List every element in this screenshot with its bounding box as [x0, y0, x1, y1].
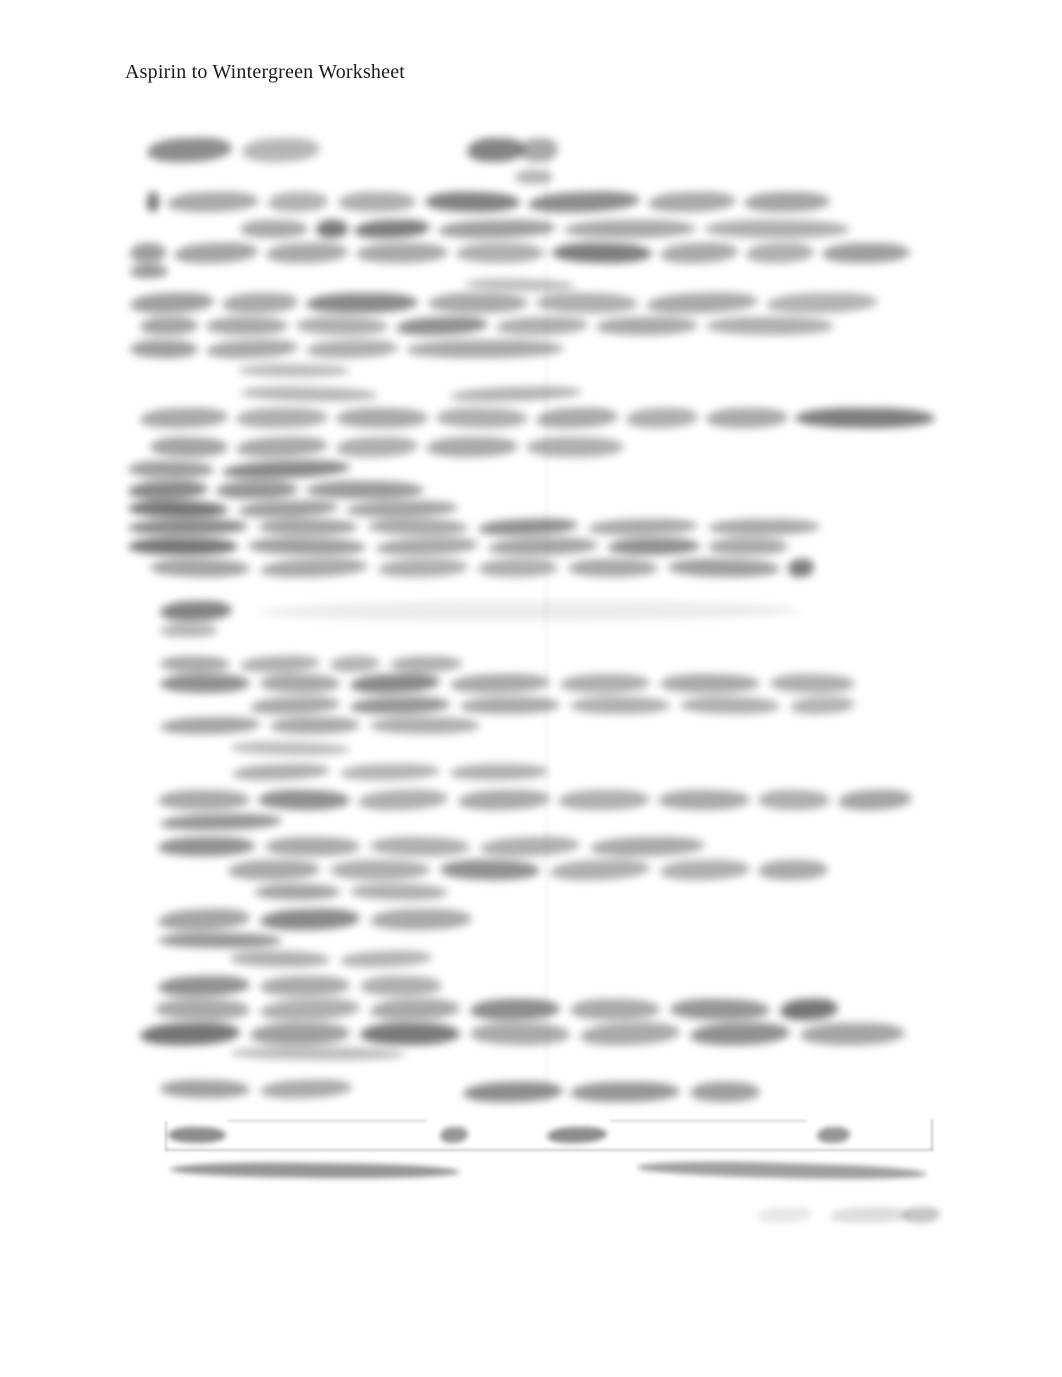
illegible-handwriting-blob: [790, 696, 855, 715]
illegible-handwriting-blob: [330, 656, 380, 673]
illegible-handwriting-blob: [590, 836, 705, 857]
illegible-handwriting-blob: [360, 1022, 460, 1045]
illegible-handwriting-blob: [370, 998, 460, 1020]
illegible-handwriting-blob: [150, 558, 250, 579]
illegible-handwriting-blob: [488, 537, 598, 556]
illegible-handwriting-blob: [706, 316, 834, 336]
illegible-handwriting-blob: [370, 836, 470, 858]
illegible-handwriting-blob: [346, 500, 458, 518]
illegible-handwriting-blob: [552, 242, 653, 265]
illegible-handwriting-blob: [550, 859, 651, 882]
illegible-handwriting-blob: [240, 220, 308, 239]
illegible-handwriting-blob: [564, 220, 696, 238]
illegible-handwriting-blob: [467, 138, 525, 162]
illegible-handwriting-blob: [596, 317, 698, 335]
illegible-handwriting-blob: [232, 763, 330, 782]
illegible-handwriting-blob: [570, 998, 660, 1020]
illegible-handwriting-blob: [270, 717, 360, 734]
illegible-handwriting-blob: [230, 740, 350, 756]
illegible-handwriting-blob: [160, 673, 250, 693]
illegible-handwriting-blob: [425, 191, 521, 214]
illegible-handwriting-blob: [130, 265, 168, 279]
illegible-handwriting-blob: [470, 1022, 571, 1047]
scanned-worksheet-page: Aspirin to Wintergreen Worksheet: [0, 0, 1062, 1377]
illegible-handwriting-blob: [216, 481, 298, 499]
illegible-handwriting-blob: [158, 789, 250, 810]
illegible-handwriting-blob: [296, 316, 388, 337]
table-border-line: [931, 1119, 933, 1151]
illegible-handwriting-blob: [128, 460, 214, 479]
illegible-handwriting-blob: [160, 655, 230, 673]
illegible-handwriting-blob: [406, 340, 564, 358]
stamp-mark-blob: [830, 1206, 910, 1223]
illegible-handwriting-blob: [378, 558, 468, 577]
illegible-handwriting-blob: [140, 407, 228, 428]
illegible-handwriting-blob: [526, 436, 624, 457]
illegible-handwriting-blob: [376, 537, 478, 557]
illegible-handwriting-blob: [128, 519, 248, 535]
illegible-handwriting-blob: [368, 518, 468, 537]
illegible-handwriting-blob: [268, 192, 328, 212]
illegible-handwriting-blob: [356, 243, 448, 263]
illegible-handwriting-blob: [236, 436, 329, 459]
illegible-handwriting-blob: [340, 763, 440, 780]
illegible-handwriting-blob: [670, 998, 771, 1022]
bottom-right-stamp-marks: [0, 0, 1062, 1377]
illegible-handwriting-blob: [450, 673, 550, 693]
illegible-handwriting-blob: [260, 908, 360, 930]
illegible-handwriting-blob: [680, 696, 780, 716]
illegible-handwriting-blob: [140, 317, 198, 335]
illegible-handwriting-blob: [306, 480, 424, 500]
illegible-handwriting-blob: [266, 242, 348, 263]
illegible-handwriting-blob: [770, 673, 855, 694]
illegible-handwriting-blob: [690, 1082, 760, 1103]
illegible-handwriting-blob: [130, 339, 198, 359]
illegible-handwriting-blob: [258, 518, 358, 535]
illegible-handwriting-blob: [250, 1023, 350, 1045]
illegible-handwriting-blob: [158, 837, 255, 856]
illegible-handwriting-blob: [158, 932, 282, 949]
handwriting-layer: [0, 0, 1062, 1377]
illegible-handwriting-blob: [568, 558, 658, 577]
table-footer-text-blob: [170, 1161, 460, 1180]
illegible-handwriting-blob: [660, 242, 739, 264]
illegible-handwriting-blob: [354, 219, 430, 239]
illegible-handwriting-blob: [780, 998, 839, 1021]
illegible-handwriting-blob: [260, 673, 340, 694]
illegible-handwriting-blob: [260, 998, 361, 1022]
illegible-handwriting-blob: [558, 790, 650, 810]
illegible-handwriting-blob: [570, 1082, 680, 1102]
table-border-line: [610, 1120, 807, 1122]
illegible-handwriting-blob: [160, 600, 232, 621]
illegible-handwriting-blob: [160, 716, 260, 734]
illegible-handwriting-blob: [158, 975, 250, 996]
illegible-handwriting-blob: [706, 408, 788, 428]
illegible-handwriting-blob: [128, 480, 208, 499]
illegible-handwriting-blob: [140, 1022, 240, 1045]
illegible-handwriting-blob: [160, 624, 218, 638]
illegible-handwriting-blob: [560, 674, 650, 693]
illegible-handwriting-blob: [222, 459, 350, 480]
illegible-handwriting-blob: [588, 518, 698, 536]
stamp-mark-blob: [902, 1207, 940, 1223]
illegible-handwriting-blob: [230, 1046, 405, 1061]
illegible-handwriting-blob: [238, 363, 350, 378]
illegible-handwriting-blob: [228, 860, 320, 880]
table-header-label-blob: [168, 1126, 226, 1144]
illegible-handwriting-blob: [758, 789, 831, 811]
illegible-handwriting-blob: [800, 1023, 905, 1045]
illegible-handwriting-blob: [240, 655, 320, 673]
illegible-handwriting-blob: [248, 536, 366, 556]
illegible-handwriting-blob: [130, 292, 215, 314]
illegible-handwriting-blob: [265, 836, 360, 856]
illegible-handwriting-blob: [496, 316, 588, 335]
illegible-handwriting-blob: [396, 316, 488, 337]
illegible-handwriting-blob: [456, 242, 544, 263]
illegible-handwriting-blob: [238, 500, 338, 519]
illegible-handwriting-blob: [350, 696, 450, 714]
illegible-handwriting-blob: [160, 1079, 250, 1100]
stamp-mark-blob: [757, 1206, 812, 1224]
illegible-handwriting-blob: [660, 673, 760, 693]
illegible-handwriting-blob: [150, 436, 229, 458]
illegible-handwriting-blob: [147, 137, 233, 163]
illegible-handwriting-blob: [260, 976, 350, 996]
illegible-handwriting-blob: [838, 789, 913, 811]
illegible-handwriting-blob: [450, 764, 548, 780]
illegible-handwriting-blob: [580, 1022, 681, 1047]
illegible-handwriting-blob: [350, 673, 440, 695]
illegible-handwriting-blob: [626, 407, 698, 428]
illegible-handwriting-blob: [440, 859, 541, 882]
illegible-handwriting-blob: [338, 191, 416, 212]
table-header-label-blob: [547, 1127, 607, 1144]
illegible-handwriting-blob: [478, 559, 558, 577]
illegible-handwriting-blob: [358, 789, 449, 812]
illegible-handwriting-blob: [128, 500, 228, 519]
scan-fold-artifact: [0, 0, 1062, 1377]
table-footer-text-blob: [637, 1159, 927, 1182]
illegible-handwriting-blob: [758, 860, 828, 880]
illegible-handwriting-blob: [536, 292, 639, 315]
illegible-handwriting-blob: [130, 243, 167, 264]
illegible-handwriting-blob: [336, 436, 418, 457]
illegible-handwriting-blob: [240, 385, 378, 403]
illegible-handwriting-blob: [370, 909, 472, 930]
illegible-handwriting-blob: [744, 192, 830, 212]
illegible-handwriting-blob: [465, 277, 575, 292]
illegible-handwriting-blob: [658, 789, 750, 810]
answer-table-text: [0, 0, 1062, 1377]
illegible-handwriting-blob: [460, 697, 560, 714]
illegible-handwriting-blob: [478, 518, 578, 537]
illegible-handwriting-blob: [260, 1079, 352, 1100]
illegible-handwriting-blob: [242, 137, 320, 162]
table-border-line: [227, 1120, 427, 1122]
illegible-handwriting-blob: [822, 243, 910, 263]
illegible-handwriting-blob: [306, 339, 398, 358]
illegible-handwriting-blob: [704, 219, 850, 239]
illegible-handwriting-blob: [795, 407, 935, 429]
illegible-handwriting-blob: [360, 975, 442, 996]
illegible-handwriting-blob: [147, 192, 160, 212]
illegible-handwriting-blob: [340, 950, 432, 969]
illegible-handwriting-blob: [260, 601, 800, 621]
illegible-handwriting-blob: [470, 999, 560, 1020]
illegible-handwriting-blob: [766, 292, 878, 314]
illegible-handwriting-blob: [128, 537, 238, 556]
illegible-handwriting-blob: [648, 191, 736, 212]
illegible-handwriting-blob: [155, 998, 251, 1022]
illegible-handwriting-blob: [708, 537, 788, 555]
illegible-handwriting-blob: [520, 138, 558, 163]
table-header-label-blob: [440, 1127, 468, 1144]
illegible-handwriting-blob: [158, 908, 251, 932]
illegible-handwriting-blob: [222, 292, 298, 313]
illegible-handwriting-blob: [690, 1022, 790, 1045]
illegible-handwriting-blob: [660, 859, 750, 880]
illegible-handwriting-blob: [438, 219, 556, 239]
illegible-handwriting-blob: [788, 559, 814, 578]
illegible-handwriting-blob: [236, 408, 328, 428]
table-border-line: [165, 1121, 167, 1151]
illegible-handwriting-blob: [708, 519, 820, 535]
illegible-handwriting-blob: [390, 656, 462, 672]
illegible-handwriting-blob: [174, 242, 259, 264]
illegible-handwriting-blob: [426, 437, 518, 457]
illegible-handwriting-blob: [370, 716, 480, 735]
worksheet-title: Aspirin to Wintergreen Worksheet: [125, 61, 405, 84]
illegible-handwriting-blob: [306, 293, 418, 313]
illegible-handwriting-blob: [336, 407, 428, 428]
illegible-handwriting-blob: [230, 950, 330, 969]
illegible-handwriting-blob: [570, 696, 670, 714]
illegible-handwriting-blob: [480, 836, 580, 858]
illegible-handwriting-blob: [206, 316, 288, 335]
illegible-handwriting-blob: [646, 291, 759, 314]
illegible-handwriting-blob: [167, 191, 259, 212]
illegible-handwriting-blob: [450, 385, 582, 403]
illegible-handwriting-blob: [250, 696, 340, 716]
vertical-fold-line: [545, 140, 548, 1105]
illegible-handwriting-blob: [350, 883, 448, 902]
illegible-handwriting-blob: [515, 169, 553, 184]
table-header-label-blob: [817, 1127, 850, 1143]
illegible-handwriting-blob: [258, 789, 351, 812]
table-border-line: [165, 1149, 933, 1151]
illegible-handwriting-blob: [316, 220, 348, 239]
illegible-handwriting-blob: [668, 557, 780, 578]
illegible-handwriting-blob: [608, 538, 700, 555]
illegible-handwriting-blob: [255, 883, 340, 900]
illegible-handwriting-blob: [536, 407, 619, 429]
illegible-handwriting-blob: [428, 292, 528, 313]
illegible-handwriting-blob: [330, 859, 430, 880]
illegible-handwriting-blob: [458, 789, 550, 810]
illegible-handwriting-blob: [528, 190, 641, 213]
illegible-handwriting-blob: [463, 1081, 563, 1102]
illegible-handwriting-blob: [260, 557, 368, 578]
answer-table-borders: [0, 0, 1062, 1377]
illegible-handwriting-blob: [436, 407, 529, 430]
illegible-handwriting-blob: [746, 243, 814, 264]
illegible-handwriting-blob: [160, 813, 282, 831]
illegible-handwriting-blob: [206, 339, 298, 360]
